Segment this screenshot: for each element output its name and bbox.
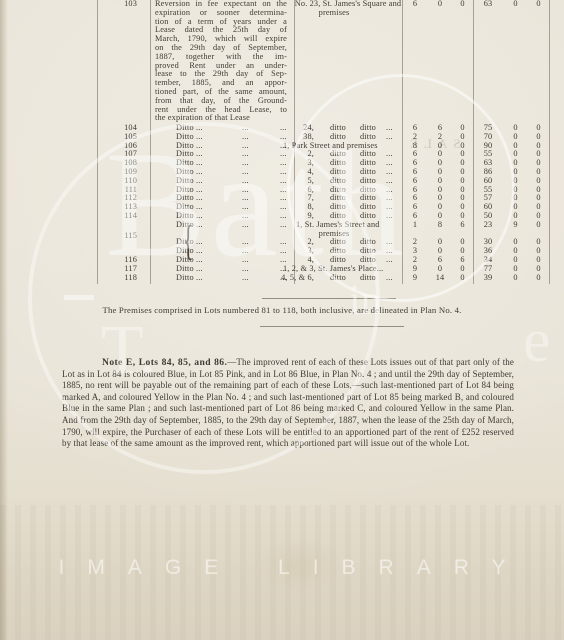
table-row: 109Ditto .........4,dittoditto...6008600	[97, 168, 549, 177]
money-value: 6	[452, 221, 473, 239]
description-cell: Ditto .........	[150, 133, 294, 142]
description-cell: Ditto .........	[150, 203, 294, 212]
address-cell: No. 23, St. James's Square andpremises	[294, 0, 402, 124]
description-cell: Ditto .........	[150, 212, 294, 221]
lot-number: 103	[97, 0, 150, 124]
table-vertical-rule	[549, 0, 550, 284]
description-cell: Ditto .........	[150, 159, 294, 168]
table-row: 107Ditto .........2,dittoditto...6005500	[97, 150, 549, 159]
table-row: 108Ditto .........3,dittoditto...6006300	[97, 159, 549, 168]
address-ditto: ...	[386, 133, 393, 142]
description-cell: Ditto .........	[150, 124, 294, 133]
note-e-heading: Note E, Lots 84, 85, and 86.	[102, 357, 227, 368]
table-row: Ditto .........2,dittoditto...2003000	[97, 238, 549, 247]
description-text: Reversion in fee expectant on theexpirat…	[150, 0, 294, 123]
money-value: 0	[503, 0, 528, 124]
group-brace-icon: {	[183, 220, 194, 262]
table-row: 104Ditto .........24,dittoditto...660750…	[97, 124, 549, 133]
description-cell: Ditto .........	[150, 150, 294, 159]
description-cell: Ditto .........	[150, 265, 294, 274]
document-page: SALE £s.d.£s.d.103Reversion in fee expec…	[0, 0, 564, 640]
watermark-dash-icon	[64, 295, 94, 300]
address-ditto: ditto	[330, 274, 346, 283]
money-value: 0	[428, 0, 452, 124]
money-value: 23	[473, 221, 503, 239]
address-cell: 4, 5, & 6,dittoditto...	[294, 274, 402, 283]
description-cell: Ditto .........	[150, 168, 294, 177]
money-value: 1	[402, 221, 428, 239]
description-ditto: Ditto ...	[176, 274, 203, 283]
money-value: 9	[503, 221, 528, 239]
premises-note: The Premises comprised in Lots numbered …	[0, 305, 564, 315]
watermark-word-e: e	[523, 310, 551, 372]
description-line: the expiration of that Lease	[155, 114, 287, 123]
money-value: 0	[452, 0, 473, 124]
address-house-number: 4, 5, & 6,	[276, 274, 314, 283]
description-cell: Ditto .........	[150, 256, 294, 265]
note-e-body: —The improved rent of each of these Lots…	[62, 357, 514, 448]
money-value: 0	[528, 274, 549, 283]
table-row: 110Ditto .........5,dittoditto...6006000	[97, 177, 549, 186]
description-cell: Ditto .........	[150, 194, 294, 203]
money-value: 6	[402, 0, 428, 124]
description-ditto: ...	[242, 221, 249, 230]
table-row: Ditto .........1, St. James's Street and…	[97, 221, 549, 239]
table-row: 117Ditto .........1, 2, & 3, St. James's…	[97, 265, 549, 274]
description-cell: Reversion in fee expectant on theexpirat…	[150, 0, 294, 124]
table-row: 118Ditto .........4, 5, & 6,dittoditto..…	[97, 274, 549, 283]
money-value: 8	[428, 221, 452, 239]
money-value: 63	[473, 0, 503, 124]
address-ditto: ditto	[360, 274, 376, 283]
address-cell: 1, St. James's Street andpremises	[294, 221, 402, 239]
lot-number: 118	[97, 274, 150, 283]
money-value: 9	[402, 274, 428, 283]
paper-texture	[0, 505, 564, 640]
address-ditto: ...	[386, 256, 393, 265]
description-cell: Ditto .........	[150, 274, 294, 283]
money-value: 14	[428, 274, 452, 283]
money-value: 0	[452, 274, 473, 283]
table-row: 111Ditto .........6,dittoditto...6005500	[97, 186, 549, 195]
table-row: 106Ditto .........1, Park Street and pre…	[97, 142, 549, 151]
money-value: 0	[503, 274, 528, 283]
money-value: 39	[473, 274, 503, 283]
description-cell: Ditto .........	[150, 142, 294, 151]
address-line: premises	[294, 9, 374, 18]
note-e-paragraph: Note E, Lots 84, 85, and 86.—The improve…	[62, 357, 514, 450]
table-row: 113Ditto .........8,dittoditto...6006000	[97, 203, 549, 212]
lots-table: £s.d.£s.d.103Reversion in fee expectant …	[97, 0, 549, 288]
money-value: 0	[528, 221, 549, 239]
divider-rule-bottom	[260, 326, 404, 327]
lot-number-group: 115	[97, 232, 137, 241]
table-row: Ditto .........3,dittoditto...3003600	[97, 247, 549, 256]
divider-rule-top	[262, 298, 396, 299]
address-ditto: ...	[386, 212, 393, 221]
money-value: 0	[528, 0, 549, 124]
table-row: 112Ditto .........7,dittoditto...6005700	[97, 194, 549, 203]
description-cell: Ditto .........	[150, 238, 294, 247]
lot-number: 110	[97, 177, 150, 186]
address-ditto: ...	[386, 274, 393, 283]
description-ditto: ...	[242, 274, 249, 283]
description-cell: Ditto .........	[150, 177, 294, 186]
description-cell: Ditto .........	[150, 247, 294, 256]
description-cell: Ditto .........	[150, 186, 294, 195]
description-cell: Ditto .........	[150, 221, 294, 239]
table-row: 103Reversion in fee expectant on theexpi…	[97, 0, 549, 124]
lot-number: 114	[97, 212, 150, 221]
description-ditto: ...	[280, 221, 287, 230]
